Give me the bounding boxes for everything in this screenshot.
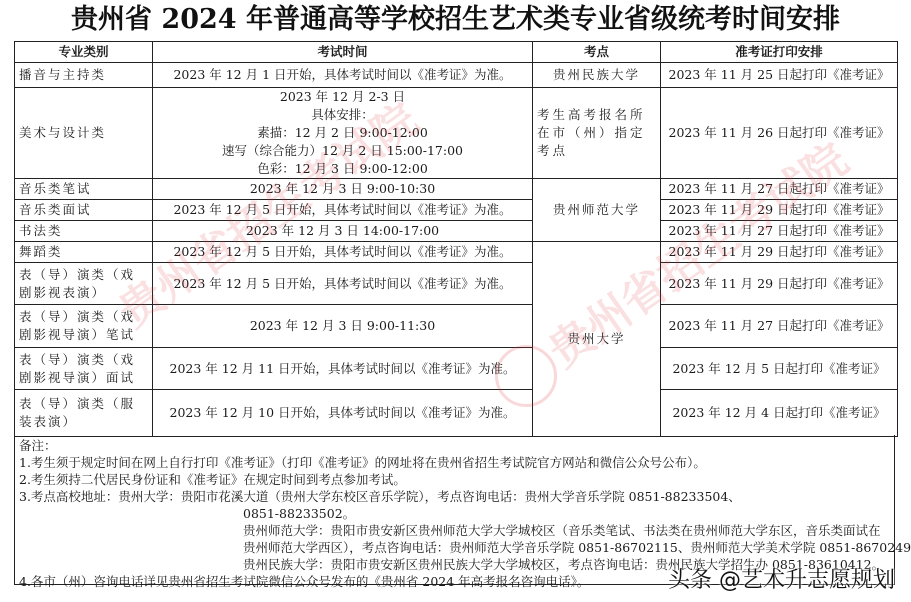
table-row: 美术与设计类 2023 年 12 月 2-3 日 具体安排： 素描：12 月 2… xyxy=(15,88,898,179)
table-header-row: 专业类别 考试时间 考点 准考证打印安排 xyxy=(15,42,898,63)
category-cell: 音乐类面试 xyxy=(15,200,153,221)
note-item: 贵州师范大学：贵阳市贵安新区贵州师范大学大学城校区（音乐类笔试、书法类在贵州师范… xyxy=(19,522,890,539)
note-item: 1.考生须于规定时间在网上自行打印《准考证》（打印《准考证》的网址将在贵州省招生… xyxy=(19,454,890,471)
exam-time-cell: 2023 年 12 月 5 日开始，具体考试时间以《准考证》为准。 xyxy=(153,200,533,221)
exam-time-cell: 2023 年 12 月 11 日开始，具体考试时间以《准考证》为准。 xyxy=(153,348,533,390)
category-cell: 表（导）演类（戏剧影视导演）笔试 xyxy=(15,305,153,348)
table-row: 表（导）演类（服装表演） 2023 年 12 月 10 日开始，具体考试时间以《… xyxy=(15,390,898,437)
table-row: 书法类 2023 年 12 月 3 日 14:00-17:00 2023 年 1… xyxy=(15,221,898,242)
print-cell: 2023 年 11 月 29 日起打印《准考证》 xyxy=(661,263,898,305)
table-row: 表（导）演类（戏剧影视导演）笔试 2023 年 12 月 3 日 9:00-11… xyxy=(15,305,898,348)
print-cell: 2023 年 11 月 26 日起打印《准考证》 xyxy=(661,88,898,179)
table-row: 播音与主持类 2023 年 12 月 1 日开始，具体考试时间以《准考证》为准。… xyxy=(15,63,898,88)
print-cell: 2023 年 12 月 4 日起打印《准考证》 xyxy=(661,390,898,437)
category-cell: 表（导）演类（戏剧影视表演） xyxy=(15,263,153,305)
print-cell: 2023 年 11 月 27 日起打印《准考证》 xyxy=(661,179,898,200)
table-row: 音乐类面试 2023 年 12 月 5 日开始，具体考试时间以《准考证》为准。 … xyxy=(15,200,898,221)
notes-heading: 备注： xyxy=(19,437,890,454)
category-cell: 舞蹈类 xyxy=(15,242,153,263)
note-item: 3.考点高校地址：贵州大学：贵阳市花溪大道（贵州大学东校区音乐学院），考点咨询电… xyxy=(19,488,890,505)
note-item: 0851-88233502。 xyxy=(19,505,890,522)
category-cell: 美术与设计类 xyxy=(15,88,153,179)
exam-time-cell: 2023 年 12 月 1 日开始，具体考试时间以《准考证》为准。 xyxy=(153,63,533,88)
exam-time-cell: 2023 年 12 月 3 日 14:00-17:00 xyxy=(153,221,533,242)
exam-time-line: 具体安排： xyxy=(157,106,528,124)
exam-time-line: 色彩：12 月 3 日 9:00-12:00 xyxy=(157,160,528,178)
note-item: 贵州师范大学西区），考点咨询电话：贵州师范大学音乐学院 0851-8670211… xyxy=(19,539,890,556)
print-cell: 2023 年 11 月 29 日起打印《准考证》 xyxy=(661,242,898,263)
brand-watermark: 头条 @艺术升志愿规划 xyxy=(668,563,895,594)
category-cell: 播音与主持类 xyxy=(15,63,153,88)
header-print: 准考证打印安排 xyxy=(661,42,898,63)
exam-time-cell: 2023 年 12 月 3 日 9:00-11:30 xyxy=(153,305,533,348)
venue-cell: 贵州师范大学 xyxy=(533,179,661,242)
exam-time-cell: 2023 年 12 月 5 日开始，具体考试时间以《准考证》为准。 xyxy=(153,263,533,305)
exam-time-cell: 2023 年 12 月 2-3 日 具体安排： 素描：12 月 2 日 9:00… xyxy=(153,88,533,179)
print-cell: 2023 年 11 月 29 日起打印《准考证》 xyxy=(661,200,898,221)
table-row: 表（导）演类（戏剧影视表演） 2023 年 12 月 5 日开始，具体考试时间以… xyxy=(15,263,898,305)
header-category: 专业类别 xyxy=(15,42,153,63)
category-cell: 表（导）演类（服装表演） xyxy=(15,390,153,437)
print-cell: 2023 年 11 月 25 日起打印《准考证》 xyxy=(661,63,898,88)
venue-cell: 贵州民族大学 xyxy=(533,63,661,88)
schedule-table: 专业类别 考试时间 考点 准考证打印安排 播音与主持类 2023 年 12 月 … xyxy=(14,41,898,437)
exam-time-cell: 2023 年 12 月 10 日开始，具体考试时间以《准考证》为准。 xyxy=(153,390,533,437)
header-exam-time: 考试时间 xyxy=(153,42,533,63)
table-row: 舞蹈类 2023 年 12 月 5 日开始，具体考试时间以《准考证》为准。 贵州… xyxy=(15,242,898,263)
exam-time-cell: 2023 年 12 月 5 日开始，具体考试时间以《准考证》为准。 xyxy=(153,242,533,263)
print-cell: 2023 年 11 月 27 日起打印《准考证》 xyxy=(661,305,898,348)
category-cell: 书法类 xyxy=(15,221,153,242)
exam-time-line: 速写（综合能力）12 月 2 日 15:00-17:00 xyxy=(157,142,528,160)
exam-time-line: 素描：12 月 2 日 9:00-12:00 xyxy=(157,124,528,142)
print-cell: 2023 年 11 月 27 日起打印《准考证》 xyxy=(661,221,898,242)
exam-time-line: 2023 年 12 月 2-3 日 xyxy=(157,88,528,106)
header-venue: 考点 xyxy=(533,42,661,63)
note-item: 2.考生须持二代居民身份证和《准考证》在规定时间到考点参加考试。 xyxy=(19,471,890,488)
table-row: 音乐类笔试 2023 年 12 月 3 日 9:00-10:30 贵州师范大学 … xyxy=(15,179,898,200)
venue-cell: 贵州大学 xyxy=(533,242,661,437)
exam-time-cell: 2023 年 12 月 3 日 9:00-10:30 xyxy=(153,179,533,200)
category-cell: 音乐类笔试 xyxy=(15,179,153,200)
venue-cell: 考生高考报名所在市（州）指定考点 xyxy=(533,88,661,179)
page-title: 贵州省 2024 年普通高等学校招生艺术类专业省级统考时间安排 xyxy=(0,3,911,37)
table-row: 表（导）演类（戏剧影视导演）面试 2023 年 12 月 11 日开始，具体考试… xyxy=(15,348,898,390)
print-cell: 2023 年 12 月 5 日起打印《准考证》 xyxy=(661,348,898,390)
category-cell: 表（导）演类（戏剧影视导演）面试 xyxy=(15,348,153,390)
